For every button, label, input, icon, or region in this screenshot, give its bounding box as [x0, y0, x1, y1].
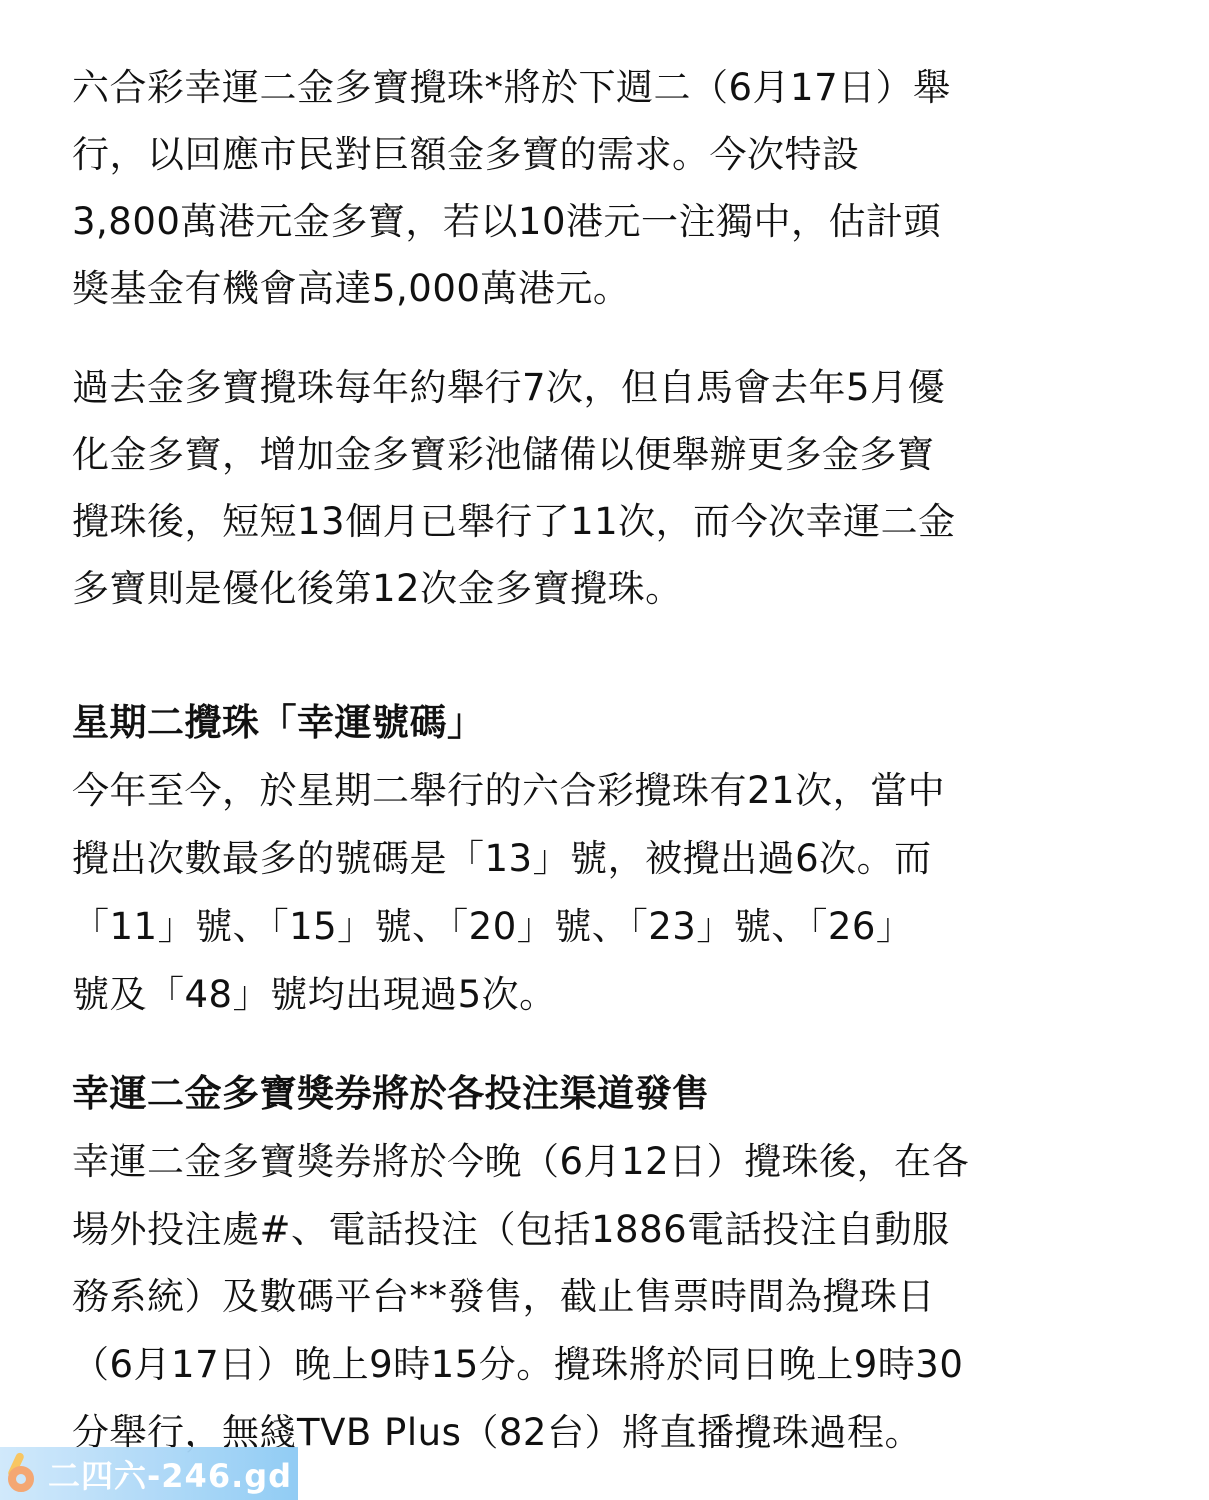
text-line: 行，以回應市民對巨額金多寶的需求。今次特設	[72, 133, 860, 177]
section-heading: 星期二攪珠「幸運號碼」	[72, 701, 485, 745]
text-line: 今年至今，於星期二舉行的六合彩攪珠有21次，當中	[72, 769, 945, 813]
text-line: 3,800萬港元金多寶，若以10港元一注獨中，估計頭	[72, 200, 941, 244]
text-line: 多寶則是優化後第12次金多寶攪珠。	[72, 567, 683, 611]
watermark-text: 二四六-246.gd	[48, 1451, 292, 1497]
text-line: 幸運二金多寶獎券將於今晚（6月12日）攪珠後，在各	[72, 1140, 969, 1184]
text-line: 六合彩幸運二金多寶攪珠*將於下週二（6月17日）舉	[72, 66, 951, 110]
text-line: 攪出次數最多的號碼是「13」號，被攪出過6次。而	[72, 837, 932, 881]
text-line: 號及「48」號均出現過5次。	[72, 973, 557, 1017]
text-line: 攪珠後，短短13個月已舉行了11次，而今次幸運二金	[72, 500, 956, 544]
text-line: 務系統）及數碼平台**發售，截止售票時間為攪珠日	[72, 1275, 935, 1319]
text-line: 獎基金有機會高達5,000萬港元。	[72, 267, 630, 311]
watermark: 二四六-246.gd	[0, 1447, 298, 1500]
section-heading: 幸運二金多寶獎券將於各投注渠道發售	[72, 1072, 710, 1116]
text-line: 化金多寶，增加金多寶彩池儲備以便舉辦更多金多寶	[72, 433, 935, 477]
text-line: 場外投注處#、電話投注（包括1886電話投注自動服	[72, 1208, 950, 1252]
text-line: （6月17日）晚上9時15分。攪珠將於同日晚上9時30	[72, 1343, 963, 1387]
text-line: 「11」號、「15」號、「20」號、「23」號、「26」	[72, 905, 913, 949]
text-line: 過去金多寶攪珠每年約舉行7次，但自馬會去年5月優	[72, 366, 945, 410]
six-logo-icon	[6, 1452, 42, 1496]
